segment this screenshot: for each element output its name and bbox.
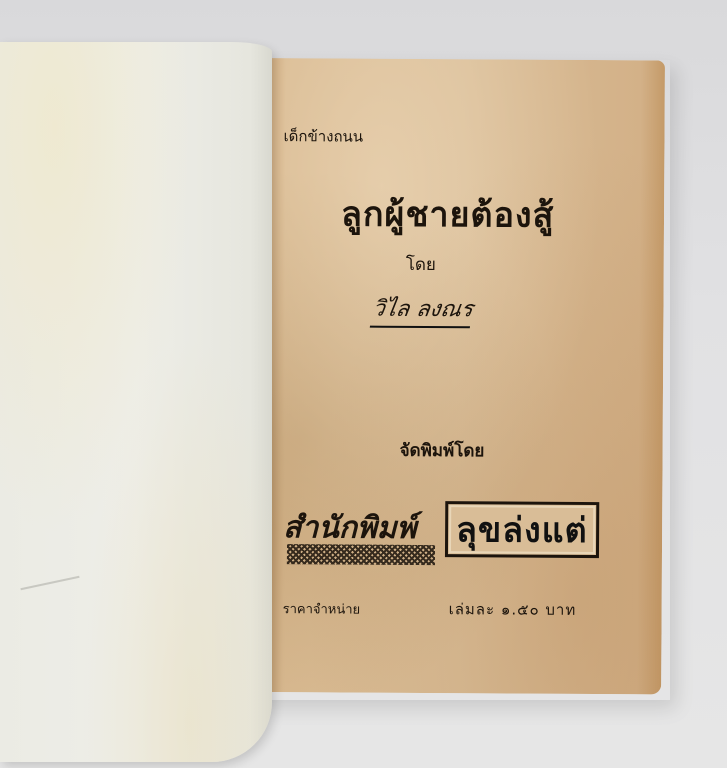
publisher-hatch-bar — [287, 544, 435, 565]
series-label: เด็กข้างถนน — [283, 124, 363, 148]
published-by-label: จัดพิมพ์โดย — [400, 437, 485, 465]
author-signature: วิไล ลงณร — [370, 291, 476, 329]
book-title: ลูกผู้ชายต้องสู้ — [341, 186, 555, 241]
left-endpaper — [0, 42, 272, 762]
by-label: โดย — [406, 251, 436, 278]
price-label: ราคาจำหน่าย — [283, 598, 361, 619]
publisher-name: ลุขล่งแต่ — [456, 502, 588, 557]
publisher-logo: ลุขล่งแต่ — [445, 501, 599, 558]
title-page: เด็กข้างถนน ลูกผู้ชายต้องสู้ โดย วิไล ลง… — [258, 58, 665, 694]
paper-crease — [20, 576, 79, 590]
price-value: เล่มละ ๑.๕๐ บาท — [449, 597, 577, 622]
